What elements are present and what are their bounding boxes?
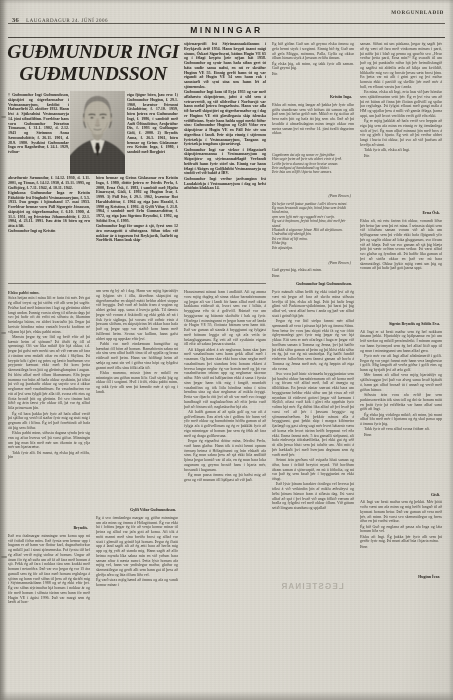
- text-column-4: Ég bið góðan Guð um að geyma elsku ömmu …: [272, 42, 354, 658]
- signature: Kristín Inga.: [272, 95, 352, 100]
- verse-attribution: (Pam Brown.): [272, 194, 351, 199]
- paragraph: En núna, elsku afi Ingi, ertu laus við þ…: [360, 90, 442, 119]
- portrait-photo-drawing: [70, 91, 125, 174]
- paragraph: Guðmundur Ingi kom til Eyja 1955 og var …: [184, 90, 266, 147]
- paragraph: Þinn: [360, 433, 442, 438]
- paragraph: Pabbi var með eindæmum barngóður og hænd…: [96, 342, 178, 371]
- paragraph: Ég varð strax mjög hænd að ömmu og afa o…: [96, 578, 178, 588]
- paragraph: Mér fannst afi alltaf vera mjög hjartahl…: [360, 373, 442, 392]
- paragraph: Stóra hetjan mín í mínu lífi er farin fr…: [8, 296, 90, 334]
- text-column-2: börn hennar og Gríms Gíslasonar eru Kris…: [96, 176, 178, 658]
- signature: Huginn Ívar.: [360, 575, 440, 580]
- paragraph: Guðmundur Ingi var virkur í félagsstarfi…: [184, 148, 266, 177]
- verse-attribution: (Pam Brown.): [272, 261, 351, 266]
- scan-shadow-left: [0, 0, 7, 700]
- bio-intro-right: eiga fjögur börn, þau eru: 1) Guðmundur …: [127, 93, 178, 174]
- paragraph: Ég er mjög þakklát að hafa verið svo hep…: [360, 119, 442, 148]
- letter-bryndis: Elsku pabbi minn.Stóra hetjan mín í mínu…: [8, 289, 90, 525]
- letter-granddaughter-end: Hraustmenni nánast fram í andlátið. Afi …: [184, 290, 266, 483]
- signature: Sigrún Bryndís og Söldís Eva.: [360, 322, 440, 327]
- paragraph: Ég elska þig, afi minn, og takk fyrir al…: [272, 62, 354, 72]
- bleed-through-text: LEGSTEINAR: [274, 582, 350, 591]
- text-column-1: abræðurnir Sæmundur, f. 14.12. 1930, d. …: [8, 176, 90, 658]
- paragraph: Þegar ég eignaðist dóttur mína, Þórdísi …: [184, 439, 266, 472]
- paragraph: † Guðmundur Ingi Guðmundsson, skipstjóri…: [8, 93, 69, 155]
- paragraph: Hraustmenni nánast fram í andlátið. Afi …: [184, 290, 266, 347]
- letter-gisli: Afi Ingi er sá besti maður sem ég hef no…: [360, 330, 442, 492]
- paragraph: Guðmundur Ingi og Kristín: [8, 229, 90, 234]
- paragraph: Guð geymi þig, elsku afi minn.: [272, 268, 354, 273]
- signature: Gísli.: [360, 493, 440, 498]
- paragraph: Þín: [360, 154, 442, 159]
- paragraph: Elsku afi Ingi. Ég þakka þér fyrir allt …: [360, 535, 442, 545]
- paragraph: Takk fyrir allt, elsku afi Ingi.: [360, 148, 442, 153]
- page-header: 36LAUGARDAGUR 24. JÚNÍ 2006 MORGUNBLAÐIÐ: [12, 9, 444, 20]
- letter-closing: Guð geymi þig, elsku afi minn.Þinn: [272, 268, 354, 281]
- newspaper-page: 36LAUGARDAGUR 24. JÚNÍ 2006 MORGUNBLAÐIÐ…: [0, 0, 453, 700]
- paragraph: Afi Ingi er sá besti maður sem ég hef no…: [360, 330, 442, 354]
- verse-line: Hún segir þeim að þeir séu aldrei einir …: [272, 157, 354, 161]
- paragraph: stjórnarprófi frá Stýrimannaskólanum í R…: [184, 42, 266, 90]
- paragraph: Seinni árin gerðum við svipaða hluti sam…: [272, 458, 354, 482]
- letter-namesake: Elsku afi minn, mig langar að þakka þér …: [272, 103, 354, 151]
- memorial-verse-1: Gagnkvæm ást afa og sonar er fjársjóður.…: [272, 153, 354, 193]
- letter-gylfi-end: um sem ég bý að í dag. Hann var mjög hja…: [96, 289, 178, 507]
- masthead: MORGUNBLAÐIÐ: [391, 10, 444, 16]
- bio-intro-left: † Guðmundur Ingi Guðmundsson, skipstjóri…: [8, 93, 69, 174]
- paragraph: Ég vil bara þakka þér fyrir að hafa allt…: [8, 412, 90, 431]
- memorial-verse-2: Þú hefur verið fastur punktur í allri ti…: [272, 202, 354, 260]
- portrait-photo: [70, 91, 125, 174]
- signature: Erna Ósk.: [360, 211, 440, 216]
- paragraph: Elsku pabbi minn, síðustu dagana sýndu þ…: [8, 431, 90, 450]
- bio-continuation-col1: abræðurnir Sæmundur, f. 14.12. 1930, d. …: [8, 176, 90, 277]
- text-column-5: saman. Síðast nú um páskana, þegar ég sa…: [360, 42, 442, 658]
- paragraph: Takk fyrir að vera alltaf svona frábær a…: [360, 427, 442, 432]
- paragraph: Ég mun passa ömmu eins og þú baðst mig a…: [184, 473, 266, 483]
- signature: Guðmundur Ingi Guðmundsson.: [272, 282, 352, 287]
- paragraph: Fyrir mér var afi Ingi alltaf aðalnúmeri…: [360, 354, 442, 373]
- paragraph: Ég bið góðan Guð um að geyma elsku ömmu …: [272, 42, 354, 61]
- headline-line1: GUÐMUNDUR INGI: [7, 42, 179, 63]
- obituary-headline: GUÐMUNDUR INGI GUÐMUNDSSON: [5, 42, 181, 85]
- paragraph: Elsku mamma, missir þinn er mikill en mi…: [96, 371, 178, 395]
- paragraph: Manstu þegar ég var lítil og beið eftir …: [8, 335, 90, 411]
- verse-line: Ég man brosandi augu þín, hönd þína sem …: [272, 206, 354, 215]
- letter-granddaughter-start: Ég á svo óendanlega margar og góðar minn…: [96, 516, 178, 588]
- headline-line2: GUÐMUNDSSON: [19, 64, 166, 85]
- verse-line: Þín afastelpa.: [272, 246, 354, 250]
- bio-continuation-col2: börn hennar og Gríms Gíslasonar eru Kris…: [96, 176, 178, 279]
- letter-huginn-ivar: Afi Ingi var besti maður sem ég þekkti. …: [360, 500, 442, 574]
- paragraph: Afi Ingi var besti maður sem ég þekkti. …: [360, 500, 442, 524]
- paragraph: Það lýsir þínum karakter ótrúlega vel hv…: [272, 482, 354, 511]
- letter-gylfi-start: Það eru ótalmargar minningar sem koma up…: [8, 534, 90, 606]
- paragraph: Þinn: [360, 545, 442, 550]
- section-rule-top: [8, 23, 445, 24]
- paragraph: Síðustu árin voru afa erfið þar sem park…: [360, 393, 442, 412]
- signature: Gylfi Viðar Guðmundsson.: [96, 508, 176, 513]
- paragraph: Svo voru það hinir sívinsælu bryggjurúnt…: [272, 372, 354, 458]
- letter-kristin-inga: Ég bið góðan Guð um að geyma elsku ömmu …: [272, 42, 354, 94]
- verse-line: Þeir búa um eilífð í hjarta hvor annars.: [272, 170, 354, 174]
- paragraph: Guðmundur Ingi verður jarðsunginn frá La…: [184, 177, 266, 191]
- paragraph: Guðmundur Ingi fór ungur á sjó, fyrst se…: [96, 224, 178, 243]
- paragraph: Það eru ótalmargar minningar sem koma up…: [8, 534, 90, 605]
- section-title: MINNINGAR: [0, 25, 453, 35]
- letter-erna-start: Fyrir mánuði síðan hefði ég ekki trúað þ…: [272, 290, 354, 511]
- paragraph: Elsku afi minn, mig langar að þakka þér …: [272, 103, 354, 136]
- paragraph: Þegar ég var lítil stelpa fannst mér all…: [272, 319, 354, 371]
- paragraph: Ég á svo óendanlega margar og góðar minn…: [96, 516, 178, 578]
- paragraph: Fyrir mánuði síðan hefði ég ekki trúað þ…: [272, 290, 354, 319]
- paragraph: saman. Síðast nú um páskana, þegar ég sa…: [360, 42, 442, 90]
- signature: Bryndís.: [8, 526, 88, 531]
- scan-shadow-bottom: [0, 691, 453, 700]
- paragraph: Þinn: [272, 274, 354, 279]
- paragraph: Afi klippti aldrei á sér neglurnar, hann…: [184, 348, 266, 410]
- paragraph: Afi hafði gaman af að spila golf og var …: [184, 410, 266, 439]
- bio-separator-rule: [8, 283, 266, 284]
- paragraph: börn hennar og Gríms Gíslasonar eru Kris…: [96, 176, 178, 224]
- section-rule-bottom: [8, 37, 445, 38]
- letter-sisters: Elsku afi, nú ertu farinn frá okkur, von…: [360, 219, 442, 321]
- paragraph: Ég elska þig virkilega mikið, afi minn, …: [360, 413, 442, 427]
- bio-continuation-col3: stjórnarprófi frá Stýrimannaskólanum í R…: [184, 42, 266, 278]
- verse-line: Ég sat á hnjánum, þrýsti hönd þína, átti…: [272, 219, 354, 228]
- paragraph: Þín: [272, 72, 354, 77]
- scan-shadow-right: [448, 0, 453, 700]
- paragraph: um sem ég bý að í dag. Hann var mjög hja…: [96, 289, 178, 341]
- paragraph: Ég bið Guð og englana að passa afa Inga …: [360, 525, 442, 535]
- paragraph: Elsku afi, nú ertu farinn frá okkur, von…: [360, 219, 442, 271]
- paragraph: Eiginkona Guðmundar Inga er Kristín Páls…: [8, 191, 90, 229]
- text-column-3: stjórnarprófi frá Stýrimannaskólanum í R…: [184, 42, 266, 658]
- paragraph: eiga fjögur börn, þau eru: 1) Guðmundur …: [127, 93, 178, 155]
- paragraph: abræðurnir Sæmundur, f. 14.12. 1930, d. …: [8, 176, 90, 190]
- scan-shadow-top: [0, 0, 453, 4]
- paragraph: Takk fyrir allt. Þú manst, ég elska þig …: [8, 451, 90, 461]
- letter-erna-end: saman. Síðast nú um páskana, þegar ég sa…: [360, 42, 442, 210]
